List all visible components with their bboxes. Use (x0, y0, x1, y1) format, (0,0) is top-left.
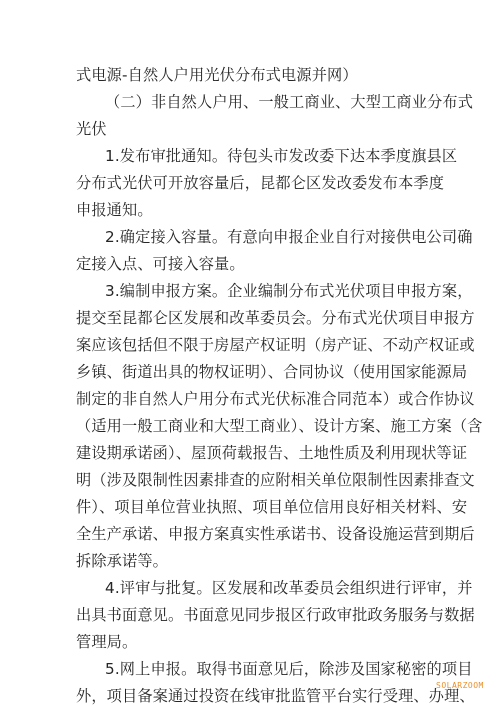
text-line: 拆除承诺等。 (76, 548, 426, 575)
text-line: 定接入点、可接入容量。 (76, 251, 426, 278)
watermark-logo: SOLARZOOM (436, 681, 484, 690)
document-body: 式电源-自然人户用光伏分布式电源并网） （二）非自然人户用、一般工商业、大型工商… (76, 62, 426, 707)
step-1-text: 1.发布审批通知。待包头市发改委下达本季度旗县区 (76, 143, 426, 170)
text-line: 乡镇、街道出具的物权证明）、合同协议（使用国家能源局 (76, 359, 426, 386)
text-line: 式电源-自然人户用光伏分布式电源并网） (76, 62, 426, 89)
step-4-text: 4.评审与批复。区发展和改革委员会组织进行评审，并 (76, 575, 426, 602)
step-2-text: 2.确定接入容量。有意向申报企业自行对接供电公司确 (76, 224, 426, 251)
section-heading: （二）非自然人户用、一般工商业、大型工商业分布式 (76, 89, 426, 116)
text-line: （适用一般工商业和大型工商业）、设计方案、施工方案（含 (76, 413, 426, 440)
text-line: 全生产承诺、申报方案真实性承诺书、设备设施运营到期后 (76, 521, 426, 548)
text-line: 分布式光伏可开放容量后，昆都仑区发改委发布本季度 (76, 170, 426, 197)
text-line: 出具书面意见。书面意见同步报区行政审批政务服务与数据 (76, 602, 426, 629)
step-3-text: 3.编制申报方案。企业编制分布式光伏项目申报方案， (76, 278, 426, 305)
text-line: 外，项目备案通过投资在线审批监管平台实行受理、办理、 (76, 683, 426, 707)
text-line: 建设期承诺函）、屋顶荷载报告、土地性质及利用现状等证 (76, 440, 426, 467)
section-heading-cont: 光伏 (76, 116, 426, 143)
text-line: 件）、项目单位营业执照、项目单位信用良好相关材料、安 (76, 494, 426, 521)
text-line: 提交至昆都仑区发展和改革委员会。分布式光伏项目申报方 (76, 305, 426, 332)
text-line: 管理局。 (76, 629, 426, 656)
text-line: 案应该包括但不限于房屋产权证明（房产证、不动产权证或 (76, 332, 426, 359)
text-line: 制定的非自然人户用分布式光伏标准合同范本）或合作协议 (76, 386, 426, 413)
text-line: 申报通知。 (76, 197, 426, 224)
text-line: 明（涉及限制性因素排查的应附相关单位限制性因素排查文 (76, 467, 426, 494)
step-5-text: 5.网上申报。取得书面意见后，除涉及国家秘密的项目 (76, 656, 426, 683)
